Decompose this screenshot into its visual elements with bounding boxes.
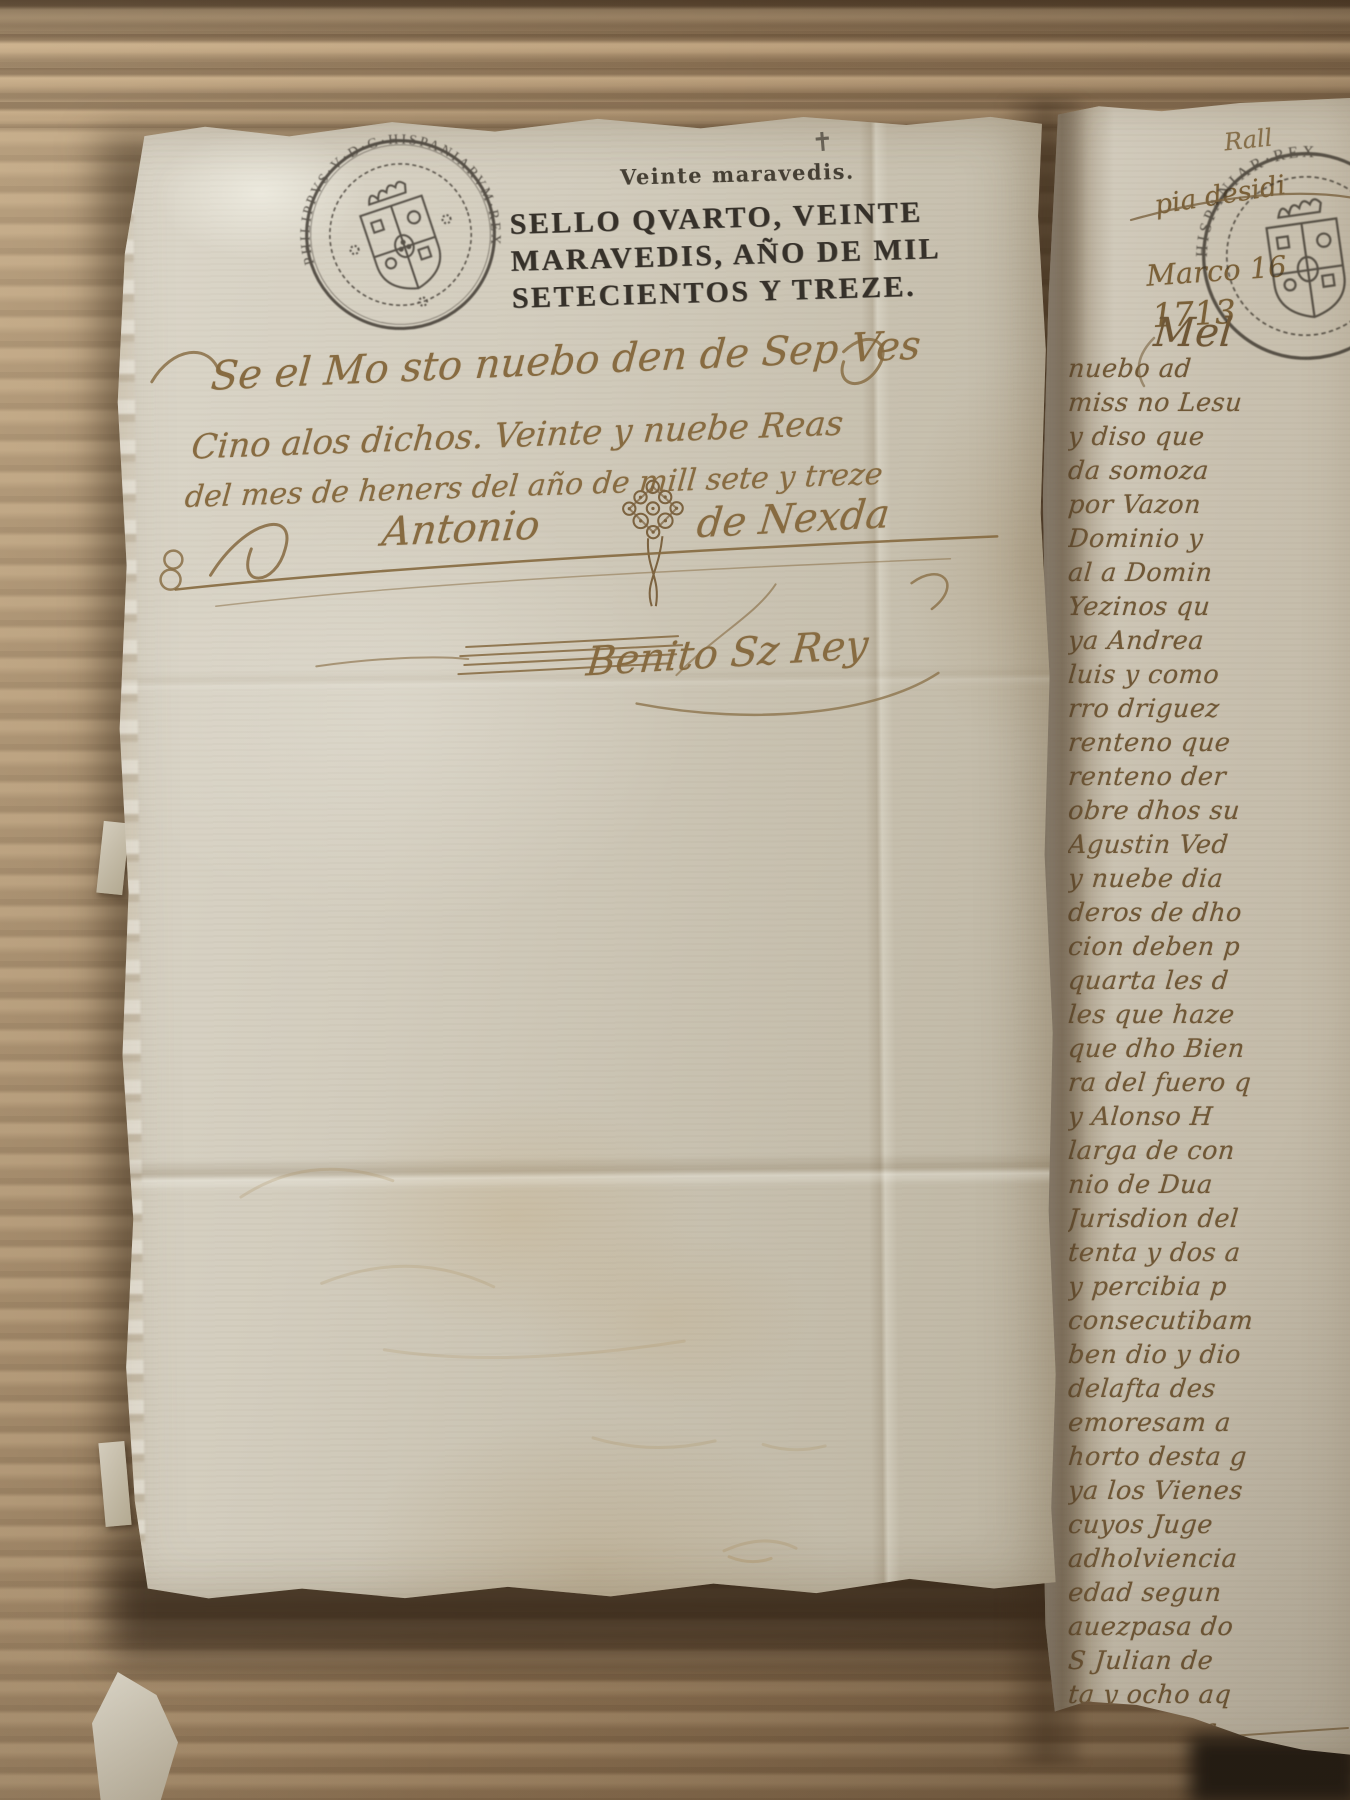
manuscript-line: nuebo ad [1068,354,1350,388]
rubric-knot-icon [617,473,690,610]
manuscript-line: deros de dho [1068,898,1350,932]
manuscript-line: S Julian de [1068,1646,1350,1680]
manuscript-line: miss no Lesu [1068,388,1350,422]
manuscript-line: que dho Bien [1068,1034,1350,1068]
left-page: ✝ Veinte maravedis. SELLO QVARTO, VEINTE… [112,112,1060,1605]
manuscript-line: da somoza [1068,456,1350,490]
manuscript-line: y percibia p [1068,1272,1350,1306]
manuscript-line: renteno que [1068,728,1350,762]
manuscript-line: auezpasa do [1068,1612,1350,1646]
torn-paper-fragment [92,1672,178,1800]
manuscript-line: adholviencia [1068,1544,1350,1578]
manuscript-line: por Vazon [1068,490,1350,524]
manuscript-line: quarta les d [1068,966,1350,1000]
manuscript-line: Mel [1068,310,1350,354]
signature-first-name: Antonio [380,503,543,556]
manuscript-text-column: Melnuebo admiss no Lesuy diso queda somo… [1068,310,1350,1740]
stamp-border-text: HISPANIAR·REX [1182,139,1332,260]
manuscript-line: tenta y dos a [1068,1238,1350,1272]
right-page: Rall pia desidi Marco 16 1713 HISPANIAR·… [1036,98,1350,1758]
manuscript-line: ben dio y dio [1068,1340,1350,1374]
manuscript-line: luis y como [1068,660,1350,694]
manuscript-line: ra del fuero q [1068,1068,1350,1102]
manuscript-line: ta y ocho aq [1068,1680,1350,1714]
manuscript-line: Agustin Ved [1068,830,1350,864]
manuscript-line: ya Andrea [1068,626,1350,660]
manuscript-line: consecutibam [1068,1306,1350,1340]
manuscript-line: larga de con [1068,1136,1350,1170]
manuscript-line: delafta des [1068,1374,1350,1408]
manuscript-line: cuyos Juge [1068,1510,1350,1544]
tax-stamp-seal-left: PHILIPPVS·V·D·G·HISPANIARVM·REX [271,112,530,363]
manuscript-line: nio de Dua [1068,1170,1350,1204]
manuscript-line: horto desta g [1068,1442,1350,1476]
manuscript-line: renteno der [1068,762,1350,796]
manuscript-line: al a Domin [1068,558,1350,592]
manuscript-line: y Alonso H [1068,1102,1350,1136]
manuscript-line: obre dhos su [1068,796,1350,830]
manuscript-photo: Rall pia desidi Marco 16 1713 HISPANIAR·… [0,0,1350,1800]
manuscript-line: Yezinos qu [1068,592,1350,626]
manuscript-line: edad segun [1068,1578,1350,1612]
fold-crease [121,1152,1056,1192]
manuscript-line: Jurisdion del [1068,1204,1350,1238]
manuscript-line: y nuebe dia [1068,864,1350,898]
cross-icon: ✝ [811,127,835,159]
handwritten-line: Se el Mo sto nuebo den de Sep Ves [209,323,922,400]
tax-value-line: Veinte maravedis. [620,155,981,189]
svg-text:HISPANIAR·REX: HISPANIAR·REX [1182,139,1332,260]
manuscript-line: les que haze [1068,1000,1350,1034]
manuscript-line: Dominio y [1068,524,1350,558]
manuscript-line: cion deben p [1068,932,1350,966]
manuscript-line: y diso que [1068,422,1350,456]
manuscript-line: rro driguez [1068,694,1350,728]
manuscript-line: ya los Vienes [1068,1476,1350,1510]
printed-heading: SELLO QVARTO, VEINTEMARAVEDIS, AÑO DE MI… [509,193,1012,319]
handwritten-line: Cino alos dichos. Veinte y nuebe Reas [190,404,845,468]
cardboard-corrugation [0,0,1350,128]
manuscript-line: emoresam a [1068,1408,1350,1442]
